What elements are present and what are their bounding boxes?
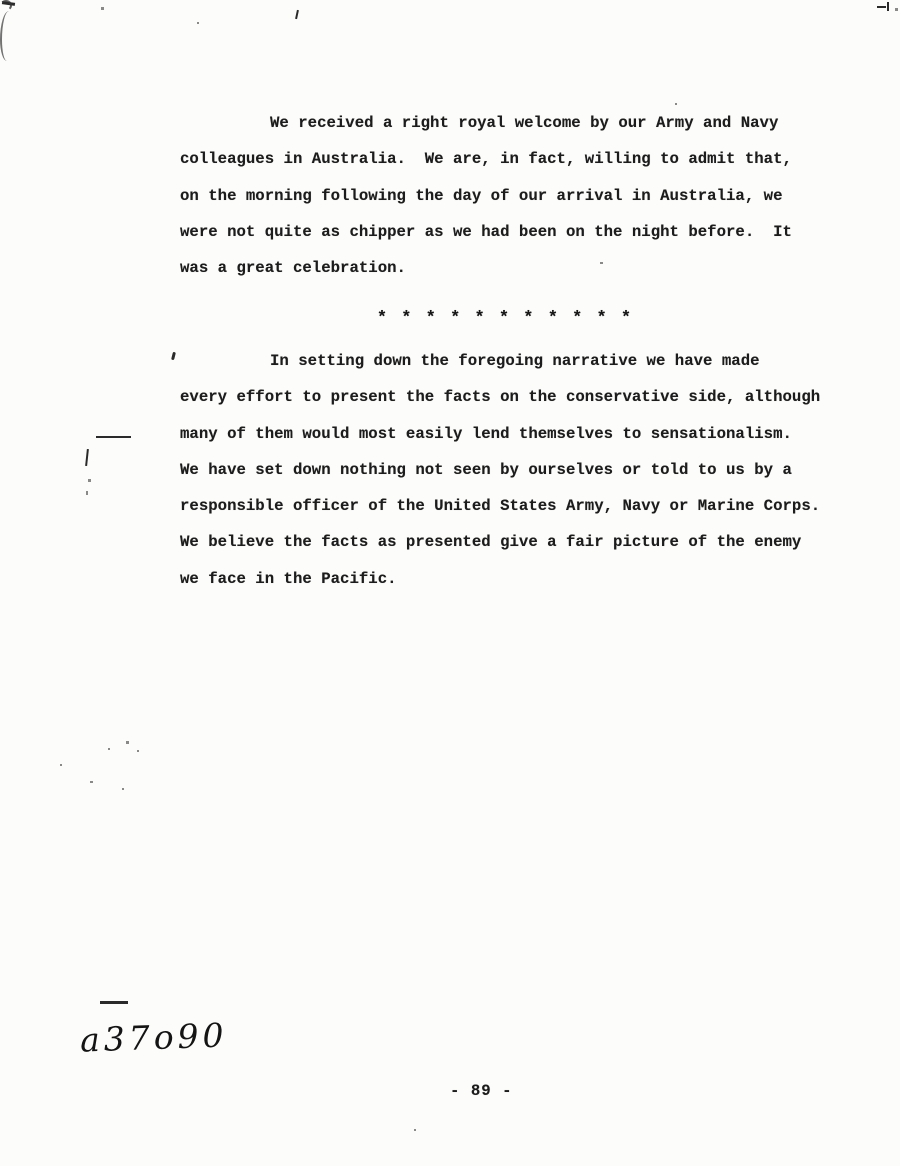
text-line: on the morning following the day of our …	[180, 178, 840, 214]
page-number: - 89 -	[450, 1082, 512, 1100]
paragraph-closing: In setting down the foregoing narrative …	[180, 343, 840, 597]
text-line: many of them would most easily lend them…	[180, 416, 840, 452]
comma-mark	[171, 352, 176, 360]
scan-artifact	[414, 1129, 416, 1131]
pen-mark-dash	[100, 1001, 128, 1004]
scan-artifact	[295, 10, 299, 19]
scan-artifact	[90, 781, 93, 783]
scan-artifact	[877, 6, 886, 8]
pen-mark-curl	[0, 0, 12, 11]
pen-mark-arc	[0, 11, 16, 61]
scanned-document-page: We received a right royal welcome by our…	[0, 0, 900, 1166]
scan-artifact	[122, 788, 124, 790]
handwritten-archive-number: a37o90	[79, 1015, 228, 1059]
scan-artifact	[101, 7, 104, 10]
text-line: were not quite as chipper as we had been…	[180, 214, 840, 250]
pen-mark-tick	[85, 449, 89, 466]
scan-artifact	[137, 750, 139, 752]
text-line: we face in the Pacific.	[180, 561, 840, 597]
text-line: every effort to present the facts on the…	[180, 379, 840, 415]
scan-artifact	[88, 479, 91, 482]
scan-artifact	[600, 262, 603, 264]
text-line: We received a right royal welcome by our…	[180, 105, 840, 141]
scan-artifact	[197, 22, 199, 24]
text-line: We have set down nothing not seen by our…	[180, 452, 840, 488]
pen-mark-dash	[96, 436, 131, 438]
scan-artifact	[60, 764, 62, 766]
scan-artifact	[126, 741, 129, 744]
text-line: was a great celebration.	[180, 250, 840, 286]
scan-artifact	[675, 103, 677, 105]
asterisk-separator: * * * * * * * * * * *	[180, 309, 830, 328]
paragraph-welcome: We received a right royal welcome by our…	[180, 105, 840, 286]
scan-artifact	[895, 8, 898, 11]
text-line: colleagues in Australia. We are, in fact…	[180, 141, 840, 177]
text-line: In setting down the foregoing narrative …	[180, 343, 840, 379]
text-line: responsible officer of the United States…	[180, 488, 840, 524]
scan-artifact	[86, 491, 88, 495]
text-line: We believe the facts as presented give a…	[180, 524, 840, 560]
scan-artifact	[887, 2, 889, 11]
scan-artifact	[108, 748, 110, 750]
